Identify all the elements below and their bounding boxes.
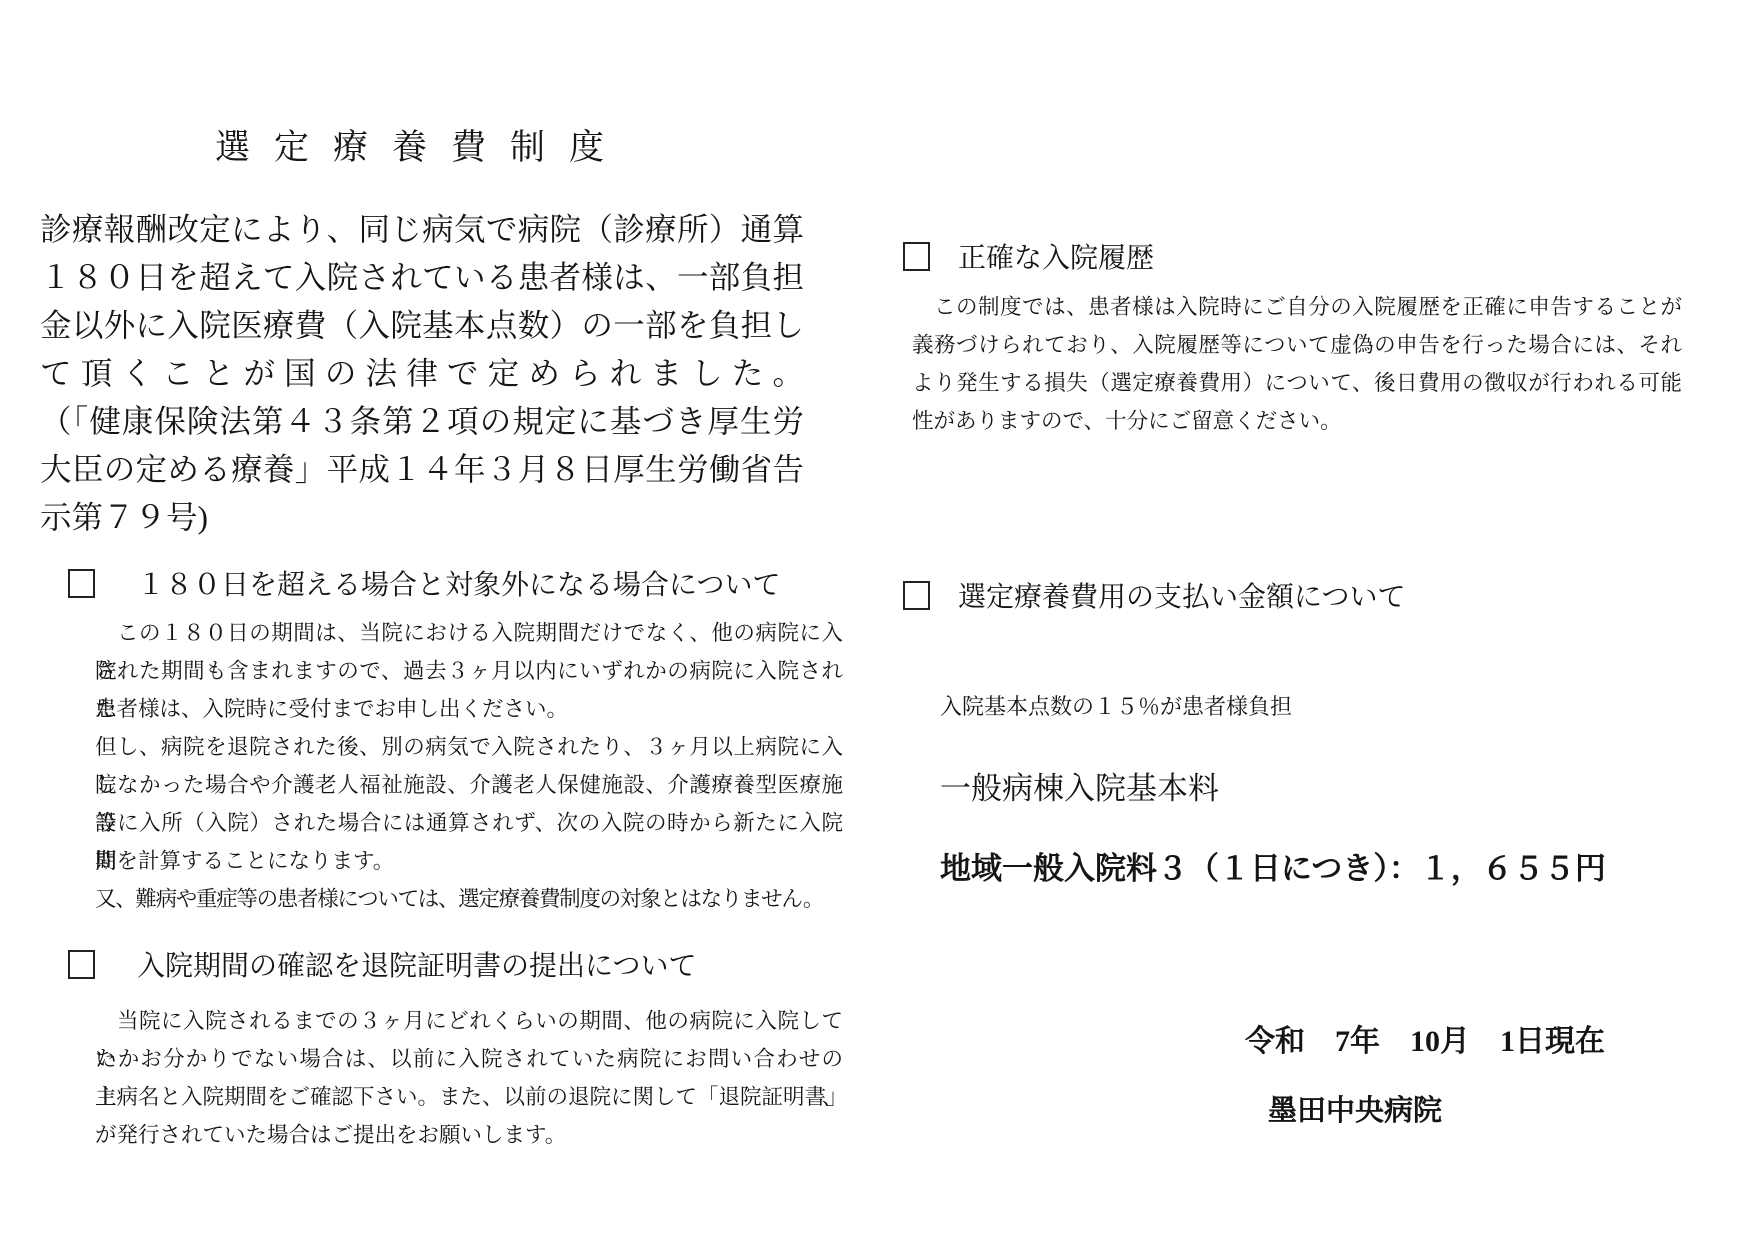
section-heading-discharge-certificate: 入院期間の確認を退院証明書の提出について [68,944,696,984]
text-line: 金以外に入院医療費（入院基本点数）の一部を負担し [40,302,804,350]
text-line: 等に入所（入院）された場合には通算されず、次の入院の時から新たに入院期 [95,804,843,842]
general-ward-label: 一般病棟入院基本料 [940,763,1219,808]
checkbox-icon [68,569,95,598]
text-line: たかお分かりでない場合は、以前に入院されていた病院にお問い合わせの上、 [95,1040,843,1078]
text-line: １８０日を超えて入院されている患者様は、一部負担 [40,254,804,302]
fee-amount-line: 地域一般入院料３（１日につき）：１，６５５円 [940,843,1606,888]
text-line: 間を計算することになります。 [95,842,843,880]
text-line: 又、難病や重症等の患者様については、選定療養費制度の対象とはなりません。 [95,880,843,918]
text-line: この制度では、患者様は入院時にご自分の入院履歴を正確に申告することが [912,288,1682,326]
text-line: この１８０日の期間は、当院における入院期間だけでなく、他の病院に入院 [95,614,843,652]
text-line: 義務づけられており、入院履歴等について虚偽の申告を行った場合には、それ [912,326,1682,364]
text-line: 性がありますので、十分にご留意ください。 [912,402,1682,440]
section-heading-label: １８０日を超える場合と対象外になる場合について [137,563,780,603]
hospital-name: 墨田中央病院 [1268,1088,1442,1129]
text-line: 但し、病院を退院された後、別の病気で入院されたり、３ヶ月以上病院に入院 [95,728,843,766]
text-line: 診療報酬改定により、同じ病気で病院（診療所）通算 [40,206,804,254]
text-line: （「健康保険法第４３条第２項の規定に基づき厚生労 [40,398,804,446]
section-discharge-certificate-paragraph: 当院に入院されるまでの３ヶ月にどれくらいの期間、他の病院に入院してい たかお分か… [95,1002,843,1154]
text-line: 示第７９号) [40,494,804,542]
patient-burden-note: 入院基本点数の１５％が患者様負担 [940,690,1292,721]
text-line: 主病名と入院期間をご確認下さい。また、以前の退院に関して「退院証明書」 [95,1078,843,1116]
section-heading-payment-amount: 選定療養費用の支払い金額について [903,575,1405,615]
section-heading-label: 正確な入院履歴 [958,236,1154,276]
section-heading-over-180-days: １８０日を超える場合と対象外になる場合について [68,563,780,603]
checkbox-icon [68,950,95,979]
page-title: 選定療養費制度 [215,120,628,170]
text-line: 当院に入院されるまでの３ヶ月にどれくらいの期間、他の病院に入院してい [95,1002,843,1040]
section-accurate-history-paragraph: この制度では、患者様は入院時にご自分の入院履歴を正確に申告することが 義務づけら… [912,288,1682,440]
text-line: 大臣の定める療養」平成１４年３月８日厚生労働省告 [40,446,804,494]
section-over-180-days-paragraph: この１８０日の期間は、当院における入院期間だけでなく、他の病院に入院 された期間… [95,614,843,918]
text-line: 患者様は、入院時に受付までお申し出ください。 [95,690,843,728]
effective-date: 令和 7年 10月 1日現在 [1245,1016,1605,1060]
checkbox-icon [903,581,930,610]
text-line: て頂くことが国の法律で定められました。 [40,350,804,398]
section-heading-accurate-history: 正確な入院履歴 [903,236,1154,276]
checkbox-icon [903,242,930,271]
text-line: が発行されていた場合はご提出をお願いします。 [95,1116,843,1154]
section-heading-label: 入院期間の確認を退院証明書の提出について [137,944,696,984]
document-page: { "title": "選定療養費制度", "left": { "intro":… [0,0,1755,1241]
section-heading-label: 選定療養費用の支払い金額について [958,575,1405,615]
text-line: より発生する損失（選定療養費用）について、後日費用の徴収が行われる可能 [912,364,1682,402]
text-line: された期間も含まれますので、過去３ヶ月以内にいずれかの病院に入院された [95,652,843,690]
text-line: しなかった場合や介護老人福祉施設、介護老人保健施設、介護療養型医療施設 [95,766,843,804]
intro-paragraph: 診療報酬改定により、同じ病気で病院（診療所）通算 １８０日を超えて入院されている… [40,206,804,542]
